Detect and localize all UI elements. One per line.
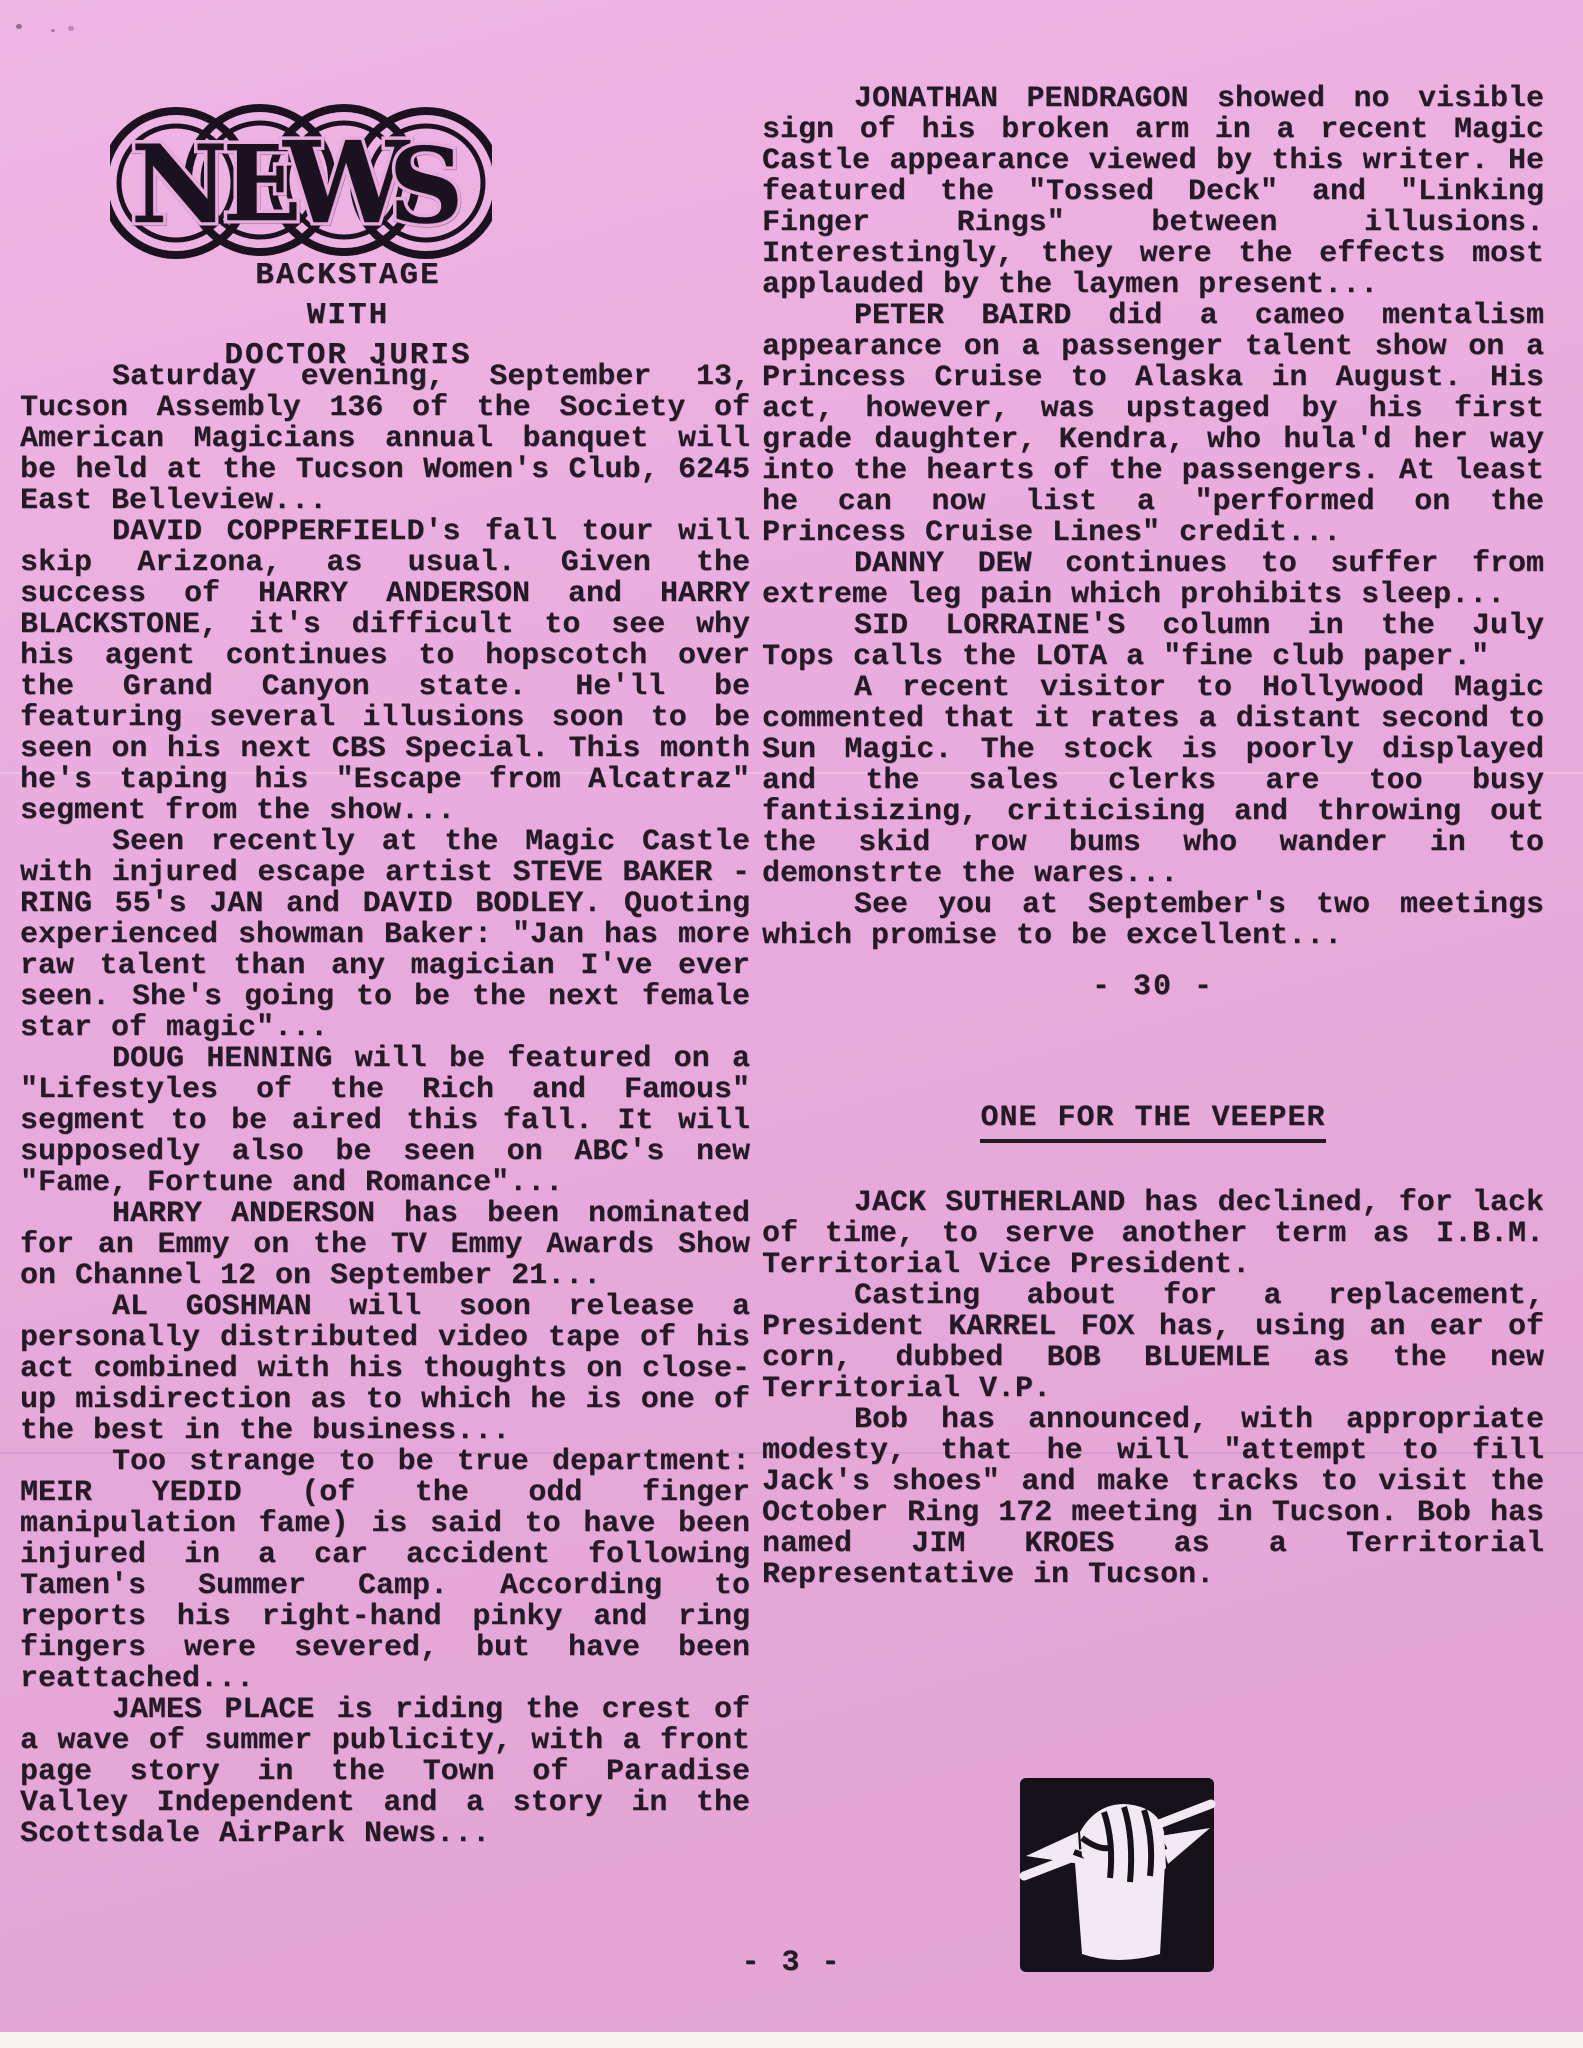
column-title-line: WITH	[18, 296, 678, 336]
paragraph-banquet: Saturday evening, September 13, Tucson A…	[20, 362, 750, 517]
paragraph-steve-baker: Seen recently at the Magic Castle with i…	[20, 827, 750, 1044]
right-column: JONATHAN PENDRAGON showed no visible sig…	[762, 84, 1544, 1591]
news-logo-letter: S	[388, 124, 463, 247]
paragraph-sid-lorraine: SID LORRAINE'S column in the July Tops c…	[762, 611, 1544, 673]
paragraph-danny-dew: DANNY DEW continues to suffer from extre…	[762, 549, 1544, 611]
scan-speck-marks	[16, 24, 22, 29]
paragraph-copperfield: DAVID COPPERFIELD's fall tour will skip …	[20, 517, 750, 827]
end-of-story-marker: - 30 -	[762, 972, 1544, 1003]
paragraph-jack-sutherland: JACK SUTHERLAND has declined, for lack o…	[762, 1188, 1544, 1281]
news-logo-letter: N	[131, 122, 230, 248]
paragraph-see-you: See you at September's two meetings whic…	[762, 890, 1544, 952]
newsletter-page: N E W S BACKSTAGE WITH DOCTOR JURIS Satu…	[0, 0, 1583, 2048]
left-column: Saturday evening, September 13, Tucson A…	[20, 362, 750, 1850]
paragraph-harry-anderson: HARRY ANDERSON has been nominated for an…	[20, 1199, 750, 1292]
paragraph-meir-yedid: Too strange to be true department: MEIR …	[20, 1447, 750, 1695]
paragraph-bob-bluemle: Bob has announced, with appropriate mode…	[762, 1405, 1544, 1591]
column-title-line: BACKSTAGE	[18, 256, 678, 296]
section-heading-underlined-text: ONE FOR THE VEEPER	[980, 1101, 1325, 1143]
paragraph-peter-baird: PETER BAIRD did a cameo mentalism appear…	[762, 301, 1544, 549]
section-heading-veeper: ONE FOR THE VEEPER	[762, 1103, 1544, 1134]
scan-paper-edge	[0, 2032, 1583, 2048]
paragraph-doug-henning: DOUG HENNING will be featured on a "Life…	[20, 1044, 750, 1199]
column-title: BACKSTAGE WITH DOCTOR JURIS	[18, 256, 678, 376]
news-logo: N E W S	[110, 90, 492, 276]
paragraph-hollywood-magic: A recent visitor to Hollywood Magic comm…	[762, 673, 1544, 890]
paragraph-james-place: JAMES PLACE is riding the crest of a wav…	[20, 1695, 750, 1850]
paragraph-pendragon: JONATHAN PENDRAGON showed no visible sig…	[762, 84, 1544, 301]
paragraph-karrel-fox: Casting about for a replacement, Preside…	[762, 1281, 1544, 1405]
page-number: - 3 -	[0, 1946, 1583, 1980]
paragraph-al-goshman: AL GOSHMAN will soon release a personall…	[20, 1292, 750, 1447]
